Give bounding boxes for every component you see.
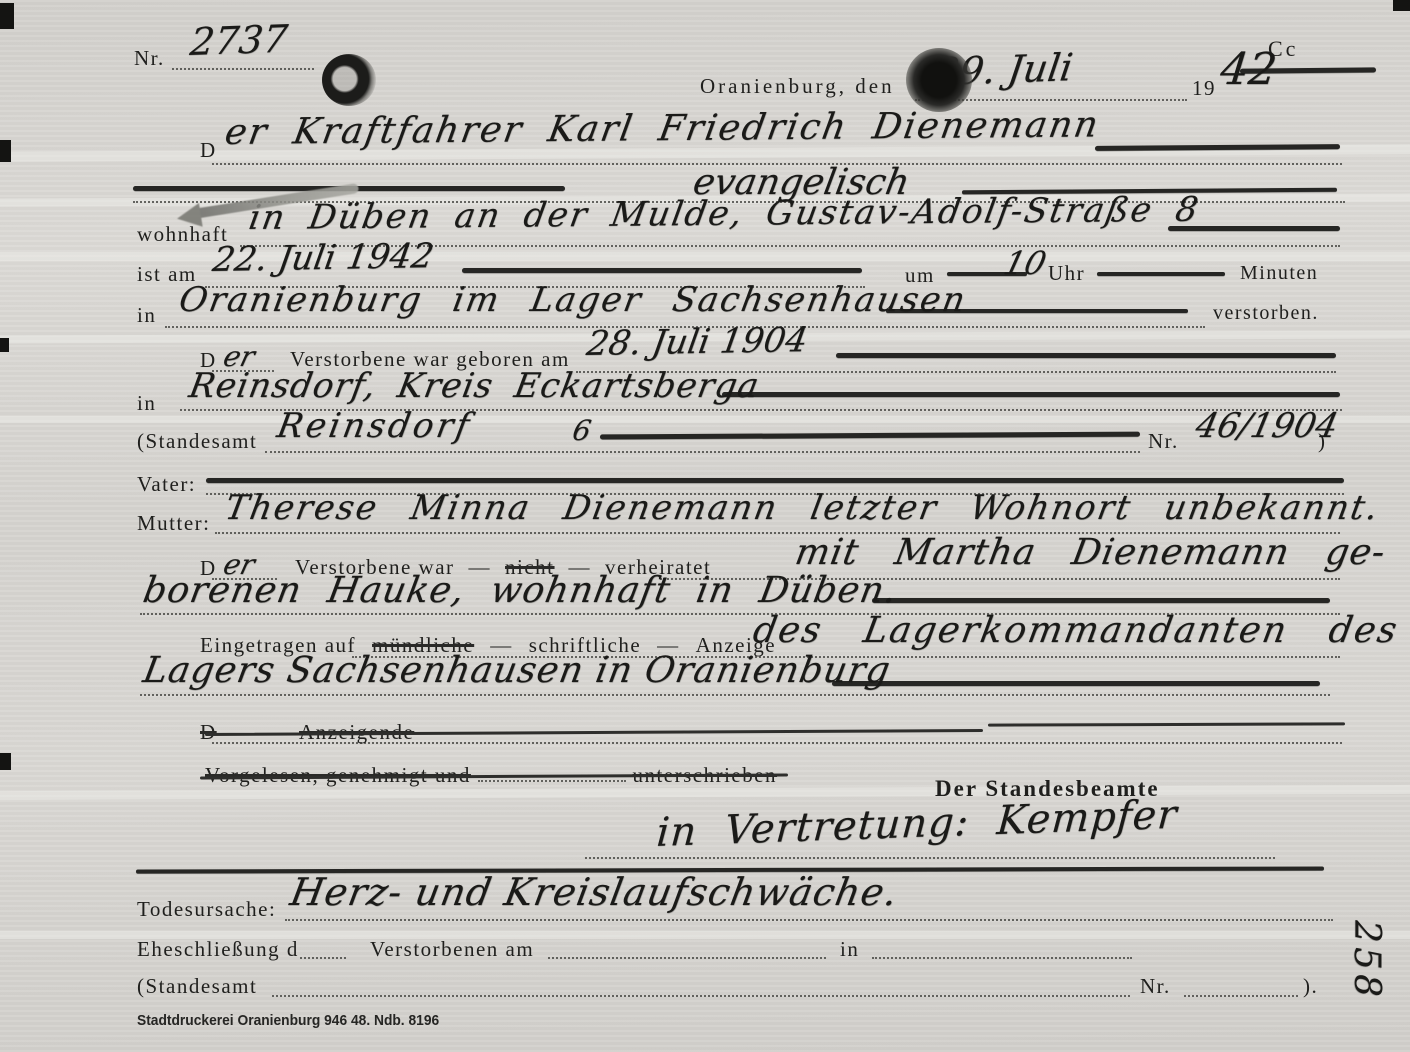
hole-punch-mark — [322, 54, 376, 106]
bottom-registry-close: ). — [1303, 974, 1318, 999]
marriage-value-line1-handwritten: mit Martha Dienemann ge- — [792, 532, 1389, 573]
death-place-handwritten: Oranienburg im Lager Sachsenhausen — [176, 280, 970, 320]
deceased-d-printed: D — [200, 138, 217, 163]
deceased-name-handwritten: er Kraftfahrer Karl Friedrich Dienemann — [222, 104, 1103, 153]
birth-place-handwritten: Reinsdorf, Kreis Eckartsberga — [186, 366, 763, 406]
filler-stroke — [206, 478, 1344, 483]
hole-punch-mark — [906, 48, 972, 112]
mother-label: Mutter: — [137, 511, 211, 536]
death-date-handwritten: 22. Juli 1942 — [210, 236, 436, 280]
filler-stroke — [1097, 272, 1225, 276]
minuten-label: Minuten — [1240, 262, 1318, 285]
dotted-line — [172, 68, 314, 70]
uhr-label: Uhr — [1048, 261, 1085, 286]
deceased-name: Kraftfahrer Karl Friedrich Dienemann — [290, 104, 1103, 152]
dotted-line — [872, 957, 1132, 959]
birth-date-handwritten: 28. Juli 1904 — [584, 320, 810, 364]
printer-mark: Stadtdruckerei Oranienburg 946 48. Ndb. … — [137, 1012, 439, 1029]
verstorben-label: verstorben. — [1213, 302, 1319, 325]
bottom-registry-label: (Standesamt — [137, 974, 257, 999]
filler-stroke — [1095, 144, 1340, 151]
scan-streak — [0, 252, 1410, 261]
dotted-line — [265, 451, 1140, 453]
residence-handwritten: in Düben an der Mulde, Gustav-Adolf-Stra… — [246, 190, 1203, 238]
registry-label: (Standesamt — [137, 429, 257, 454]
birth-place-label: in — [137, 391, 156, 416]
dotted-line — [1184, 995, 1298, 997]
filler-stroke — [832, 681, 1320, 686]
edge-artifact — [0, 140, 11, 162]
marriage-value-line2-handwritten: borenen Hauke, wohnhaft in Düben. — [140, 570, 901, 611]
ehe-label-2: Verstorbenen am — [370, 937, 534, 962]
dotted-line — [585, 857, 1275, 859]
dotted-line — [548, 957, 826, 959]
nr-value-handwritten: 2737 — [188, 17, 290, 64]
registrar-signature-handwritten: in Vertretung: Kempfer — [655, 792, 1179, 856]
bottom-registry-nr-label: Nr. — [1140, 974, 1171, 999]
ehe-label-1: Eheschließung d — [137, 937, 299, 962]
strike-line — [988, 722, 1345, 726]
cause-label: Todesursache: — [137, 897, 276, 922]
year-handwritten: 42 — [1218, 44, 1279, 95]
deceased-d-suffix: er — [222, 112, 271, 153]
year-printed: 19 — [1192, 76, 1216, 101]
filler-stroke — [462, 268, 862, 273]
edge-artifact — [1393, 0, 1410, 11]
dotted-line — [300, 957, 346, 959]
death-certificate-scan: Nr. 2737 Oranienburg, den 29. Juli 19 42… — [0, 0, 1410, 1052]
edge-artifact — [0, 753, 11, 770]
nr-label: Nr. — [134, 46, 165, 71]
edge-artifact — [0, 338, 9, 352]
mother-value-handwritten: Therese Minna Dienemann letzter Wohnort … — [222, 488, 1383, 528]
death-place-label: in — [137, 303, 156, 328]
filler-stroke — [836, 353, 1336, 358]
registry-mark-handwritten: 6 — [570, 414, 594, 447]
registration-value-line2-handwritten: Lagers Sachsenhausen in Oranienburg — [140, 650, 894, 691]
dotted-line — [285, 919, 1333, 921]
filler-stroke — [722, 392, 1340, 397]
pencil-arrow-head — [175, 203, 202, 230]
margin-number-handwritten: 258 — [1346, 920, 1387, 1001]
filler-stroke — [872, 598, 1330, 603]
ehe-label-3: in — [840, 937, 859, 962]
filler-stroke — [600, 432, 1140, 440]
registry-nr-label: Nr. — [1148, 429, 1179, 454]
registry-nr-handwritten: 46/1904 — [1192, 406, 1342, 446]
dotted-line — [272, 995, 1130, 997]
registration-value-line1-handwritten: des Lagerkommandanten des — [750, 610, 1402, 651]
father-label: Vater: — [137, 472, 196, 497]
dotted-line — [140, 694, 1330, 696]
death-hour-handwritten: 10 — [1000, 244, 1050, 282]
dotted-gap — [478, 780, 626, 782]
edge-artifact — [0, 3, 14, 29]
cause-value-handwritten: Herz- und Kreislaufschwäche. — [287, 870, 902, 914]
place-date-label: Oranienburg, den — [700, 74, 895, 99]
registry-value-handwritten: Reinsdorf — [274, 406, 475, 446]
